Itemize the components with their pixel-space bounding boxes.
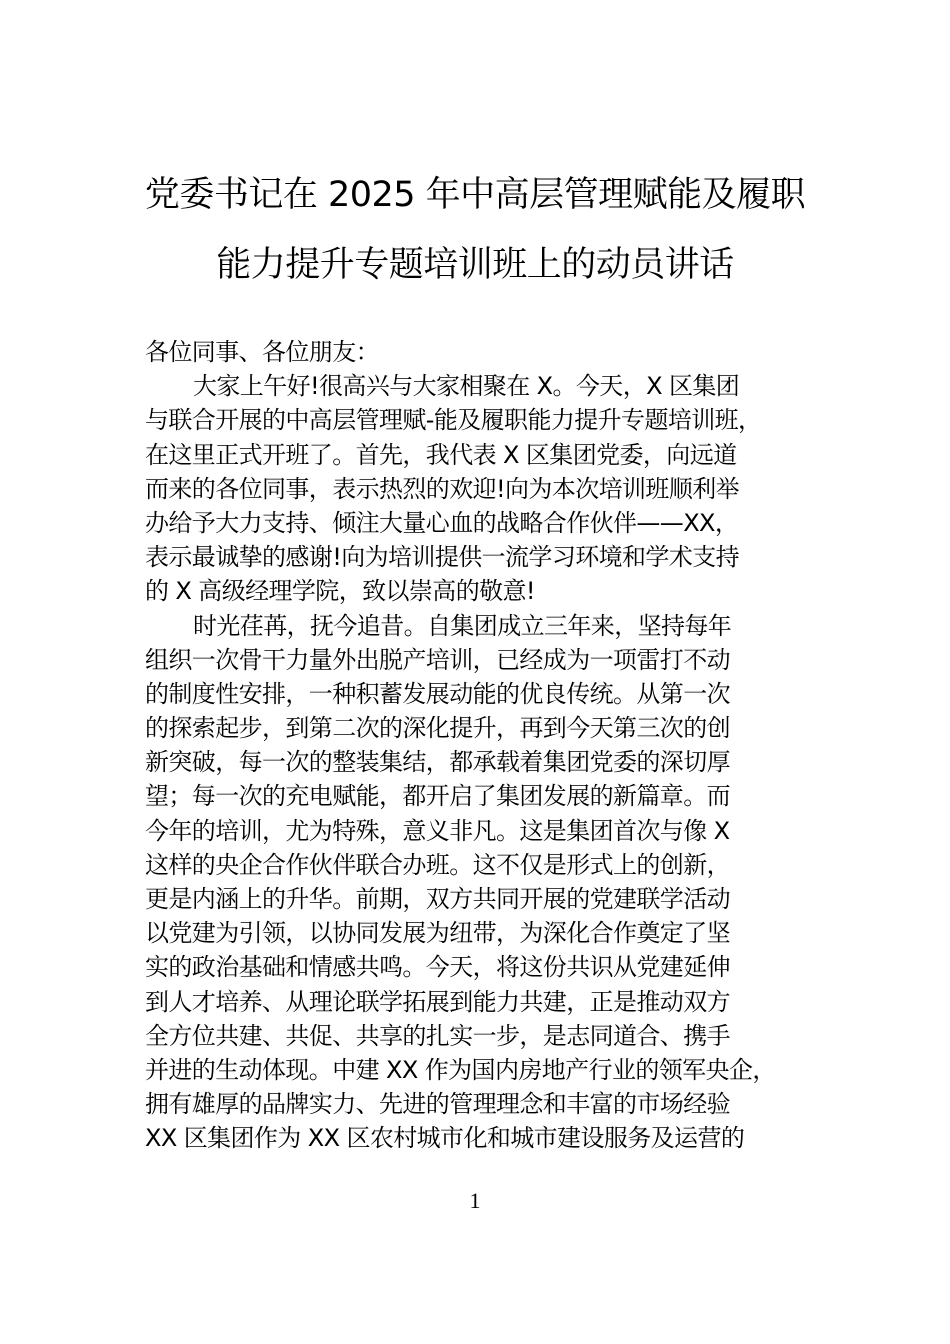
title-line-1: 党委书记在 2025 年中高层管理赋能及履职: [100, 160, 850, 230]
paragraph-line: 实的政治基础和情感共鸣。今天，将这份共识从党建延伸: [145, 950, 825, 984]
paragraph-line: 在这里正式开班了。首先，我代表 X 区集团党委，向远道: [145, 438, 825, 472]
paragraph-line: 与联合开展的中高层管理赋-能及履职能力提升专题培训班，: [145, 403, 825, 437]
paragraph-line: 更是内涵上的升华。前期，双方共同开展的党建联学活动: [145, 882, 825, 916]
paragraph-line: 今年的培训，尤为特殊，意义非凡。这是集团首次与像 X: [145, 814, 825, 848]
paragraph-line: XX 区集团作为 XX 区农村城市化和城市建设服务及运营的: [145, 1121, 825, 1155]
paragraph-line: 这样的央企合作伙伴联合办班。这不仅是形式上的创新，: [145, 848, 825, 882]
page-number: 1: [0, 1188, 950, 1214]
paragraph-1: 大家上午好!很高兴与大家相聚在 X。今天，X 区集团 与联合开展的中高层管理赋-…: [145, 369, 825, 608]
paragraph-line: 并进的生动体现。中建 XX 作为国内房地产行业的领军央企，: [145, 1053, 825, 1087]
document-title: 党委书记在 2025 年中高层管理赋能及履职 能力提升专题培训班上的动员讲话: [100, 160, 850, 300]
paragraph-line: 到人才培养、从理论联学拓展到能力共建，正是推动双方: [145, 985, 825, 1019]
paragraph-line: 办给予大力支持、倾注大量心血的战略合作伙伴——XX，: [145, 506, 825, 540]
paragraph-line: 望；每一次的充电赋能，都开启了集团发展的新篇章。而: [145, 779, 825, 813]
paragraph-2: 时光荏苒，抚今追昔。自集团成立三年来，坚持每年 组织一次骨干力量外出脱产培训，已…: [145, 609, 825, 1156]
paragraph-line: 以党建为引领，以协同发展为纽带，为深化合作奠定了坚: [145, 916, 825, 950]
paragraph-line: 的 X 高级经理学院，致以崇高的敬意!: [145, 574, 825, 608]
paragraph-line: 大家上午好!很高兴与大家相聚在 X。今天，X 区集团: [145, 369, 825, 403]
paragraph-line: 拥有雄厚的品牌实力、先进的管理理念和丰富的市场经验: [145, 1087, 825, 1121]
title-line-2: 能力提升专题培训班上的动员讲话: [100, 230, 850, 300]
document-page: 党委书记在 2025 年中高层管理赋能及履职 能力提升专题培训班上的动员讲话 各…: [0, 0, 950, 1344]
paragraph-line: 而来的各位同事，表示热烈的欢迎!向为本次培训班顺利举: [145, 472, 825, 506]
paragraph-line: 全方位共建、共促、共享的扎实一步，是志同道合、携手: [145, 1019, 825, 1053]
paragraph-line: 组织一次骨干力量外出脱产培训，已经成为一项雷打不动: [145, 643, 825, 677]
paragraph-line: 新突破，每一次的整装集结，都承载着集团党委的深切厚: [145, 745, 825, 779]
salutation: 各位同事、各位朋友：: [145, 335, 825, 369]
document-body: 各位同事、各位朋友： 大家上午好!很高兴与大家相聚在 X。今天，X 区集团 与联…: [145, 335, 825, 1156]
paragraph-line: 时光荏苒，抚今追昔。自集团成立三年来，坚持每年: [145, 609, 825, 643]
paragraph-line: 表示最诚挚的感谢!向为培训提供一流学习环境和学术支持: [145, 540, 825, 574]
paragraph-line: 的制度性安排，一种积蓄发展动能的优良传统。从第一次: [145, 677, 825, 711]
paragraph-line: 的探索起步，到第二次的深化提升，再到今天第三次的创: [145, 711, 825, 745]
